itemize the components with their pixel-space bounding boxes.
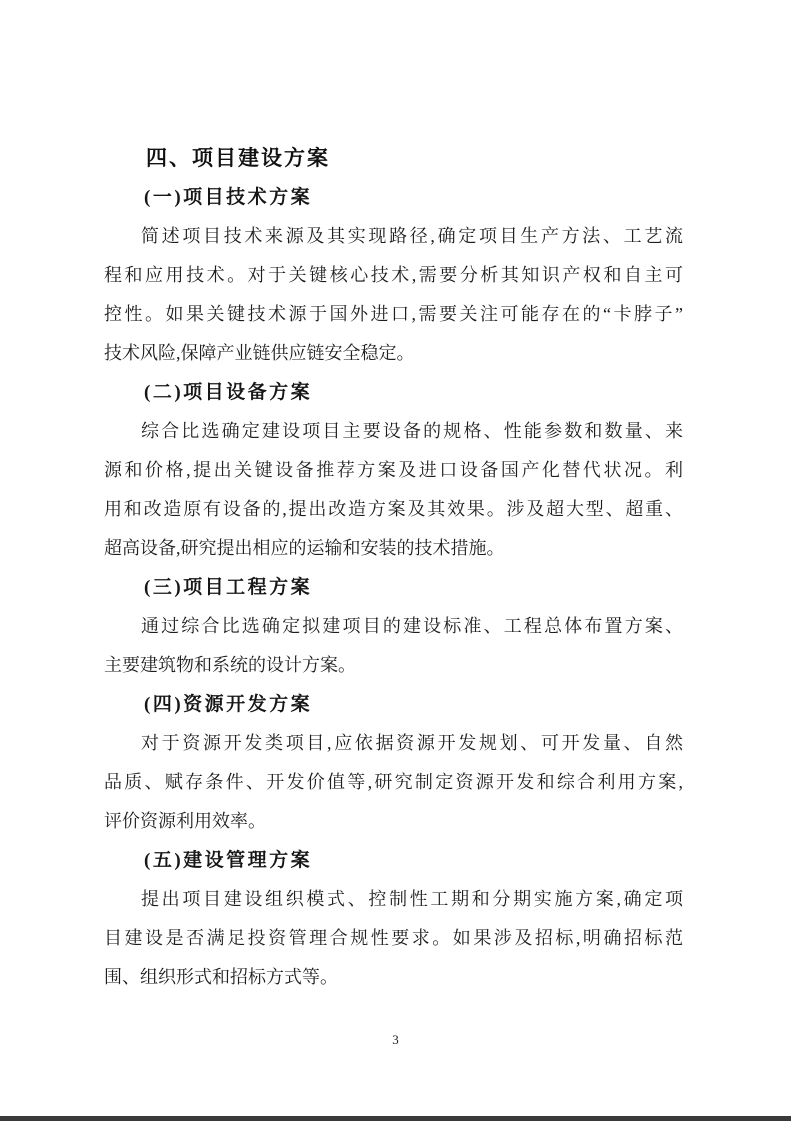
section-resource-development-plan: (四)资源开发方案 对于资源开发类项目,应依据资源开发规划、可开发量、自然 品质… [104,685,683,841]
paragraph-line: 对于资源开发类项目,应依据资源开发规划、可开发量、自然 [104,724,683,763]
chapter-heading: 四、项目建设方案 [104,139,683,178]
section-engineering-plan: (三)项目工程方案 通过综合比选确定拟建项目的建设标准、工程总体布置方案、 主要… [104,568,683,685]
paragraph-line: 品质、赋存条件、开发价值等,研究制定资源开发和综合利用方案, [104,763,683,802]
paragraph-line: 通过综合比选确定拟建项目的建设标准、工程总体布置方案、 [104,607,683,646]
paragraph-line: 综合比选确定建设项目主要设备的规格、性能参数和数量、来 [104,412,683,451]
paragraph-line: 评价资源利用效率。 [104,802,683,841]
paragraph-line: 源和价格,提出关键设备推荐方案及进口设备国产化替代状况。利 [104,451,683,490]
paragraph-line: 控性。如果关键技术源于国外进口,需要关注可能存在的“卡脖子” [104,295,683,334]
paragraph-line: 主要建筑物和系统的设计方案。 [104,646,683,685]
page-number: 3 [0,1031,791,1049]
paragraph-line: 用和改造原有设备的,提出改造方案及其效果。涉及超大型、超重、 [104,490,683,529]
paragraph-line: 目建设是否满足投资管理合规性要求。如果涉及招标,明确招标范 [104,919,683,958]
section-technical-plan: (一)项目技术方案 简述项目技术来源及其实现路径,确定项目生产方法、工艺流 程和… [104,178,683,373]
section-title: (三)项目工程方案 [104,568,683,607]
paragraph-line: 程和应用技术。对于关键核心技术,需要分析其知识产权和自主可 [104,256,683,295]
document-page: 四、项目建设方案 (一)项目技术方案 简述项目技术来源及其实现路径,确定项目生产… [0,0,791,1121]
document-body: 四、项目建设方案 (一)项目技术方案 简述项目技术来源及其实现路径,确定项目生产… [104,139,683,997]
paragraph-line: 提出项目建设组织模式、控制性工期和分期实施方案,确定项 [104,880,683,919]
section-equipment-plan: (二)项目设备方案 综合比选确定建设项目主要设备的规格、性能参数和数量、来 源和… [104,373,683,568]
section-title: (二)项目设备方案 [104,373,683,412]
window-bottom-edge [0,1116,791,1121]
section-construction-management-plan: (五)建设管理方案 提出项目建设组织模式、控制性工期和分期实施方案,确定项 目建… [104,841,683,997]
paragraph-line: 围、组织形式和招标方式等。 [104,958,683,997]
paragraph-line: 超高设备,研究提出相应的运输和安装的技术措施。 [104,529,683,568]
section-title: (一)项目技术方案 [104,178,683,217]
section-title: (五)建设管理方案 [104,841,683,880]
section-title: (四)资源开发方案 [104,685,683,724]
paragraph-line: 技术风险,保障产业链供应链安全稳定。 [104,334,683,373]
paragraph-line: 简述项目技术来源及其实现路径,确定项目生产方法、工艺流 [104,217,683,256]
